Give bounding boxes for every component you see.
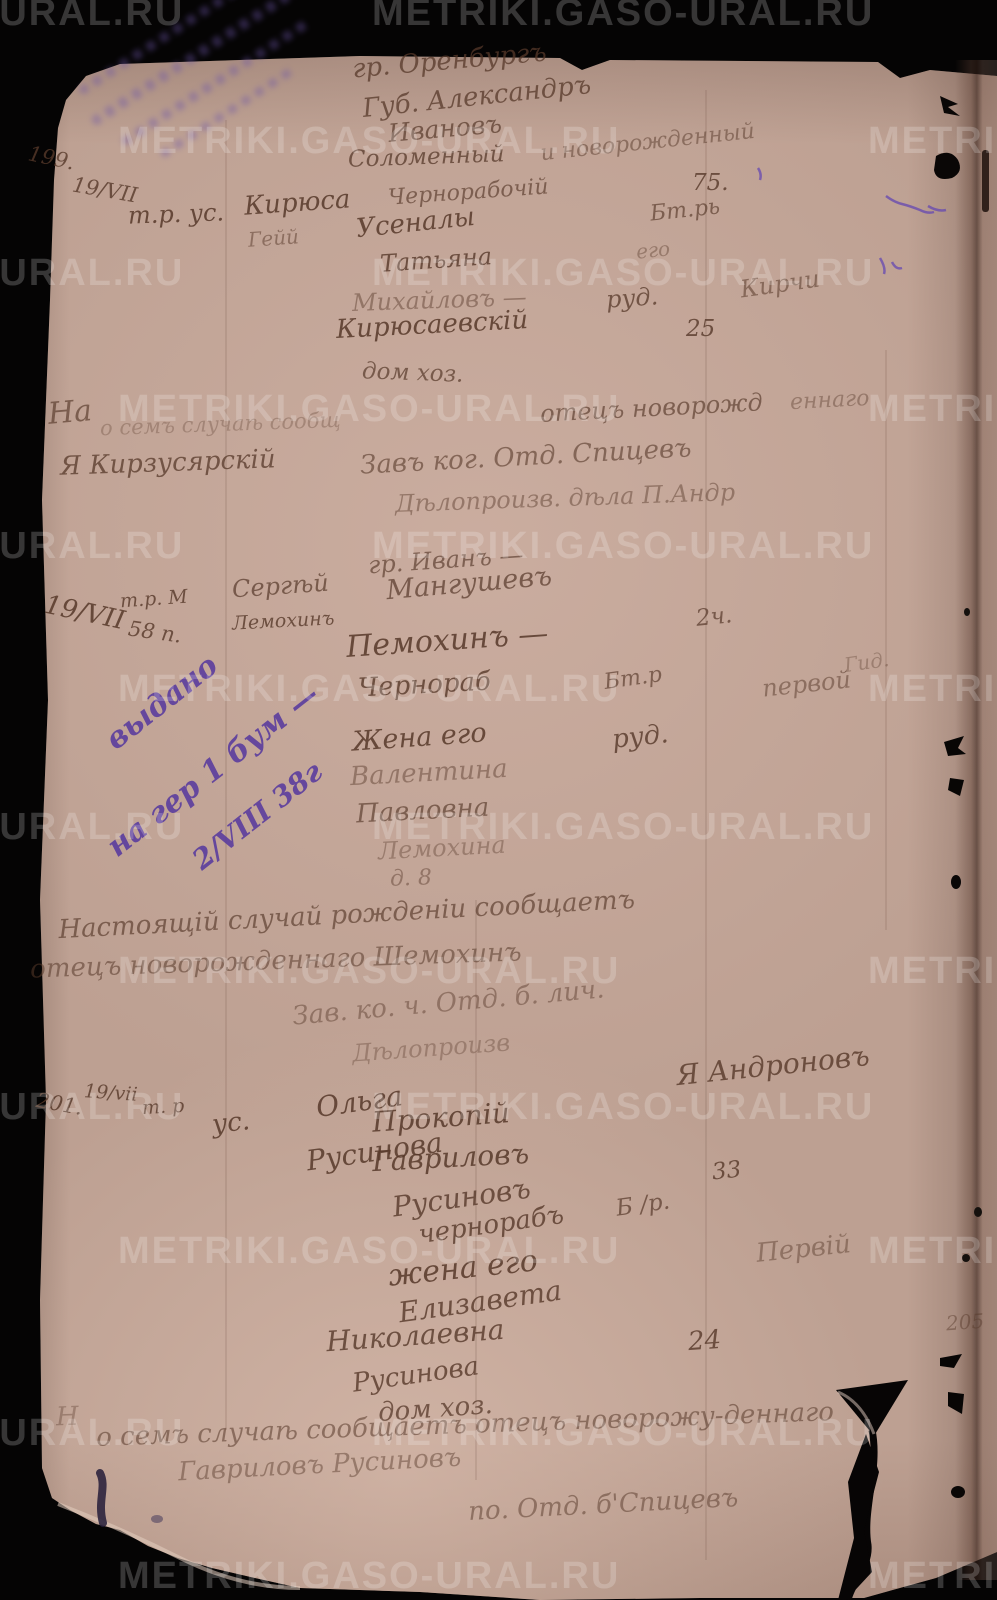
fold-crease — [885, 350, 887, 930]
fold-crease — [705, 90, 707, 1560]
fold-crease — [225, 120, 227, 1430]
page-fold-edge — [955, 60, 997, 1580]
paper-sheet — [0, 0, 997, 1600]
watermark-text: METRIKI.GASO-URAL.RU — [372, 0, 874, 35]
fold-crease — [475, 900, 477, 1480]
scanned-register-page: гр. ОренбургъГуб. АлександръИвановъСолом… — [0, 0, 997, 1600]
